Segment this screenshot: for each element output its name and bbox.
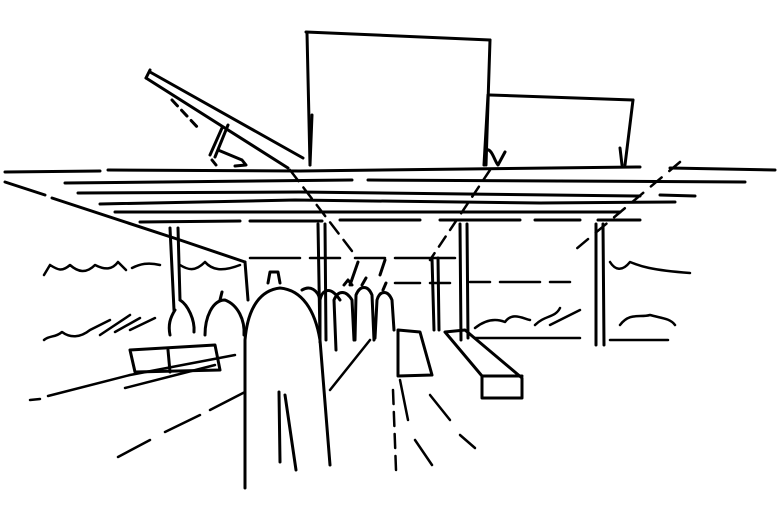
box-volume-small bbox=[484, 95, 633, 165]
foreground-figure bbox=[245, 288, 330, 488]
background-horizon bbox=[250, 258, 570, 283]
tilted-beam bbox=[146, 70, 303, 168]
columns bbox=[170, 224, 604, 345]
figures bbox=[169, 260, 394, 488]
box-volume-large bbox=[306, 32, 490, 165]
path-lines bbox=[30, 340, 475, 470]
canopy-roof bbox=[5, 167, 775, 262]
hedges bbox=[44, 262, 690, 340]
architectural-sketch bbox=[0, 0, 780, 520]
